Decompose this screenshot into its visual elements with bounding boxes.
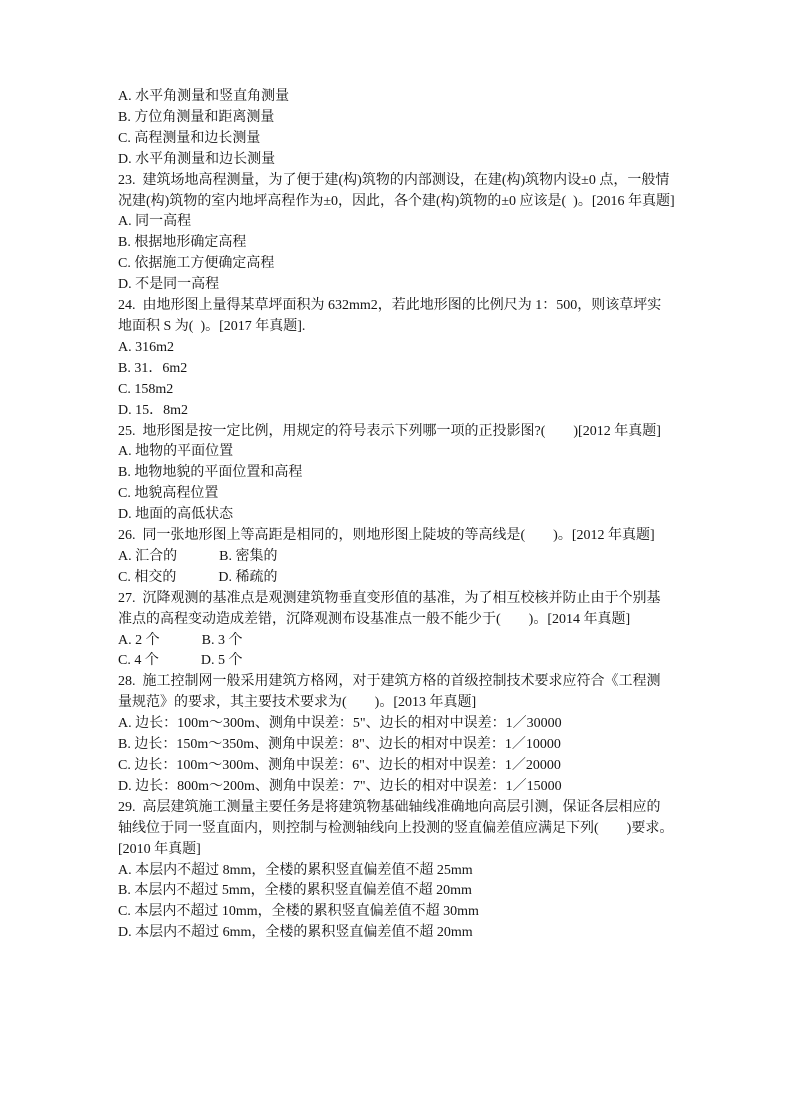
- text-line: C. 4 个 D. 5 个: [118, 651, 680, 672]
- text-line: A. 水平角测量和竖直角测量: [118, 87, 680, 108]
- question-text-block: A. 水平角测量和竖直角测量B. 方位角测量和距离测量C. 高程测量和边长测量D…: [118, 87, 680, 944]
- text-line: C. 相交的 D. 稀疏的: [118, 568, 680, 589]
- text-line: B. 方位角测量和距离测量: [118, 108, 680, 129]
- text-line: A. 2 个 B. 3 个: [118, 631, 680, 652]
- text-line: B. 31．6m2: [118, 359, 680, 380]
- text-line: A. 本层内不超过 8mm，全楼的累积竖直偏差值不超 25mm: [118, 861, 680, 882]
- document-page: A. 水平角测量和竖直角测量B. 方位角测量和距离测量C. 高程测量和边长测量D…: [0, 0, 792, 1120]
- text-line: 24. 由地形图上量得某草坪面积为 632mm2，若此地形图的比例尺为 1：50…: [118, 296, 680, 317]
- text-line: B. 地物地貌的平面位置和高程: [118, 463, 680, 484]
- text-line: D. 本层内不超过 6mm，全楼的累积竖直偏差值不超 20mm: [118, 923, 680, 944]
- text-line: D. 不是同一高程: [118, 275, 680, 296]
- text-line: C. 地貌高程位置: [118, 484, 680, 505]
- text-line: 况建(构)筑物的室内地坪高程作为±0，因此，各个建(构)筑物的±0 应该是( )…: [118, 192, 680, 213]
- text-line: B. 边长：150m～350m、测角中误差：8"、边长的相对中误差：1／1000…: [118, 735, 680, 756]
- text-line: 26. 同一张地形图上等高距是相同的，则地形图上陡坡的等高线是( )。[2012…: [118, 526, 680, 547]
- text-line: A. 同一高程: [118, 212, 680, 233]
- text-line: A. 地物的平面位置: [118, 442, 680, 463]
- text-line: C. 本层内不超过 10mm，全楼的累积竖直偏差值不超 30mm: [118, 902, 680, 923]
- text-line: 28. 施工控制网一般采用建筑方格网，对于建筑方格的首级控制技术要求应符合《工程…: [118, 672, 680, 693]
- text-line: B. 根据地形确定高程: [118, 233, 680, 254]
- text-line: 量规范》的要求，其主要技术要求为( )。[2013 年真题]: [118, 693, 680, 714]
- text-line: C. 158m2: [118, 380, 680, 401]
- text-line: C. 边长：100m～300m、测角中误差：6"、边长的相对中误差：1／2000…: [118, 756, 680, 777]
- text-line: A. 边长：100m～300m、测角中误差：5"、边长的相对中误差：1／3000…: [118, 714, 680, 735]
- text-line: 23. 建筑场地高程测量，为了便于建(构)筑物的内部测设，在建(构)筑物内设±0…: [118, 171, 680, 192]
- text-line: 准点的高程变动造成差错，沉降观测布设基准点一般不能少于( )。[2014 年真题…: [118, 610, 680, 631]
- text-line: [2010 年真题]: [118, 840, 680, 861]
- text-line: B. 本层内不超过 5mm，全楼的累积竖直偏差值不超 20mm: [118, 881, 680, 902]
- text-line: 27. 沉降观测的基准点是观测建筑物垂直变形值的基准，为了相互校核并防止由于个别…: [118, 589, 680, 610]
- text-line: 地面积 S 为( )。[2017 年真题].: [118, 317, 680, 338]
- text-line: D. 15．8m2: [118, 401, 680, 422]
- text-line: D. 边长：800m～200m、测角中误差：7"、边长的相对中误差：1／1500…: [118, 777, 680, 798]
- text-line: 29. 高层建筑施工测量主要任务是将建筑物基础轴线准确地向高层引测，保证各层相应…: [118, 798, 680, 819]
- text-line: D. 地面的高低状态: [118, 505, 680, 526]
- text-line: C. 依据施工方便确定高程: [118, 254, 680, 275]
- text-line: 25. 地形图是按一定比例，用规定的符号表示下列哪一项的正投影图?( )[201…: [118, 422, 680, 443]
- text-line: D. 水平角测量和边长测量: [118, 150, 680, 171]
- text-line: 轴线位于同一竖直面内，则控制与检测轴线向上投测的竖直偏差值应满足下列( )要求。: [118, 819, 680, 840]
- text-line: C. 高程测量和边长测量: [118, 129, 680, 150]
- text-line: A. 316m2: [118, 338, 680, 359]
- text-line: A. 汇合的 B. 密集的: [118, 547, 680, 568]
